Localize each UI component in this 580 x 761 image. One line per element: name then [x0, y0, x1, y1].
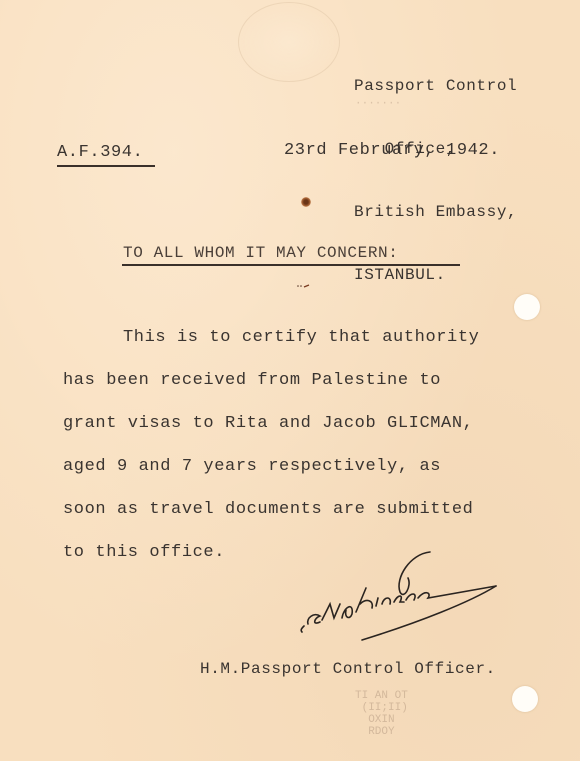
embossed-crest — [238, 2, 340, 82]
faint-stamp-top: ······· — [355, 98, 401, 110]
letterhead-address: Passport Control Office, British Embassy… — [354, 34, 517, 328]
body-line: This is to certify that authority — [63, 326, 543, 369]
punch-hole — [514, 294, 540, 320]
body-line: has been received from Palestine to — [63, 369, 543, 412]
salutation-heading: TO ALL WHOM IT MAY CONCERN: — [123, 244, 398, 262]
letter-page: Passport Control Office, British Embassy… — [0, 0, 580, 761]
signatory-title: H.M.Passport Control Officer. — [200, 660, 496, 678]
body-line: grant visas to Rita and Jacob GLICMAN, — [63, 412, 543, 455]
letter-date: 23rd February, 1942. — [284, 141, 500, 160]
punch-hole — [512, 686, 538, 712]
letter-body: This is to certify that authority has be… — [63, 326, 543, 584]
faint-stamp-bottom: TI AN OT (II;II) OXIN RDOY — [355, 690, 408, 738]
reference-number: A.F.394. — [57, 143, 143, 162]
heading-underline — [122, 264, 460, 266]
body-line: soon as travel documents are submitted — [63, 498, 543, 541]
letterhead-line: Passport Control — [354, 76, 517, 97]
handwritten-signature — [300, 548, 510, 648]
letterhead-line: British Embassy, — [354, 202, 517, 223]
ink-spot — [301, 197, 311, 207]
reference-underline — [57, 165, 155, 167]
letterhead-line: ISTANBUL. — [354, 265, 517, 286]
ink-mark — [296, 284, 310, 288]
body-line: aged 9 and 7 years respectively, as — [63, 455, 543, 498]
